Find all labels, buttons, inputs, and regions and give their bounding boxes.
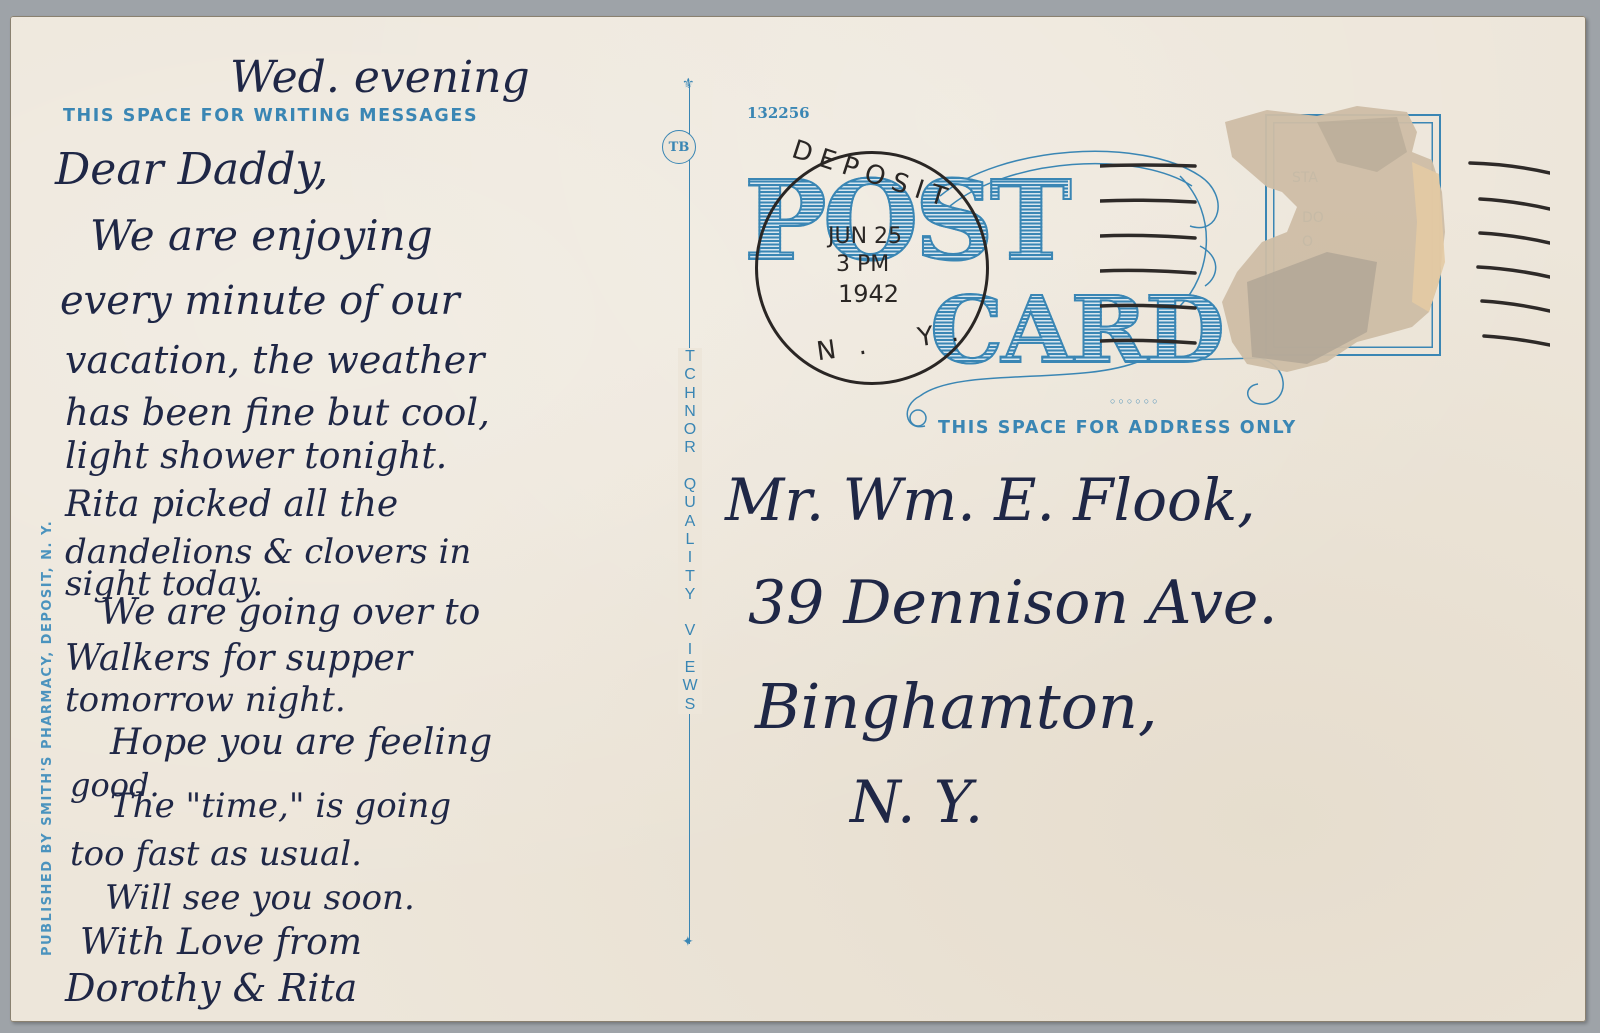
address-line-state: N. Y. (850, 768, 983, 836)
postmark-year: 1942 (838, 280, 899, 308)
message-line: We are going over to (100, 592, 480, 633)
message-line: Dear Daddy, (55, 144, 328, 195)
message-line: With Love from (80, 922, 362, 963)
dot-ornament: ○○○○○○ (1110, 396, 1161, 406)
address-line-street: 39 Dennison Ave. (748, 568, 1278, 638)
message-line: vacation, the weather (65, 338, 484, 382)
address-line-recipient: Mr. Wm. E. Flook, (725, 466, 1256, 534)
message-line: We are enjoying (90, 211, 433, 260)
message-line: The "time," is going (110, 786, 451, 826)
message-line: Wed. evening (230, 52, 530, 103)
publisher-line: PUBLISHED BY SMITH'S PHARMACY, DEPOSIT, … (40, 520, 55, 956)
arrow-ornament-icon: ✦ (682, 934, 694, 948)
serial-number: 132256 (747, 104, 810, 122)
message-line: Will see you soon. (105, 878, 415, 918)
postmark-date: JUN 25 (828, 224, 902, 249)
message-line: has been fine but cool, (65, 391, 490, 434)
message-line: Hope you are feeling (110, 722, 492, 763)
signature: Dorothy & Rita (65, 966, 357, 1010)
message-line: every minute of our (60, 278, 460, 324)
message-space-header: THIS SPACE FOR WRITING MESSAGES (63, 106, 478, 126)
fleur-ornament-icon: ⚜ (682, 76, 695, 90)
message-line: too fast as usual. (70, 834, 362, 874)
address-space-header: THIS SPACE FOR ADDRESS ONLY (938, 418, 1297, 438)
message-line: Walkers for supper (65, 638, 412, 679)
postmark-circle: DEPOSIT JUN 25 3 PM 1942 N. Y. (755, 151, 989, 385)
publisher-logo-icon: TB (662, 130, 696, 164)
postcard-back: THIS SPACE FOR WRITING MESSAGES PUBLISHE… (10, 16, 1586, 1022)
postmark-time: 3 PM (836, 252, 889, 277)
message-line: Rita picked all the (65, 484, 398, 525)
address-line-city: Binghamton, (755, 670, 1158, 743)
message-line: tomorrow night. (65, 680, 346, 720)
divider-vertical-text: T C H N O R Q U A L I T Y V I E W S (678, 348, 702, 714)
cancellation-lines (1100, 161, 1550, 361)
message-line: light shower tonight. (65, 436, 447, 477)
